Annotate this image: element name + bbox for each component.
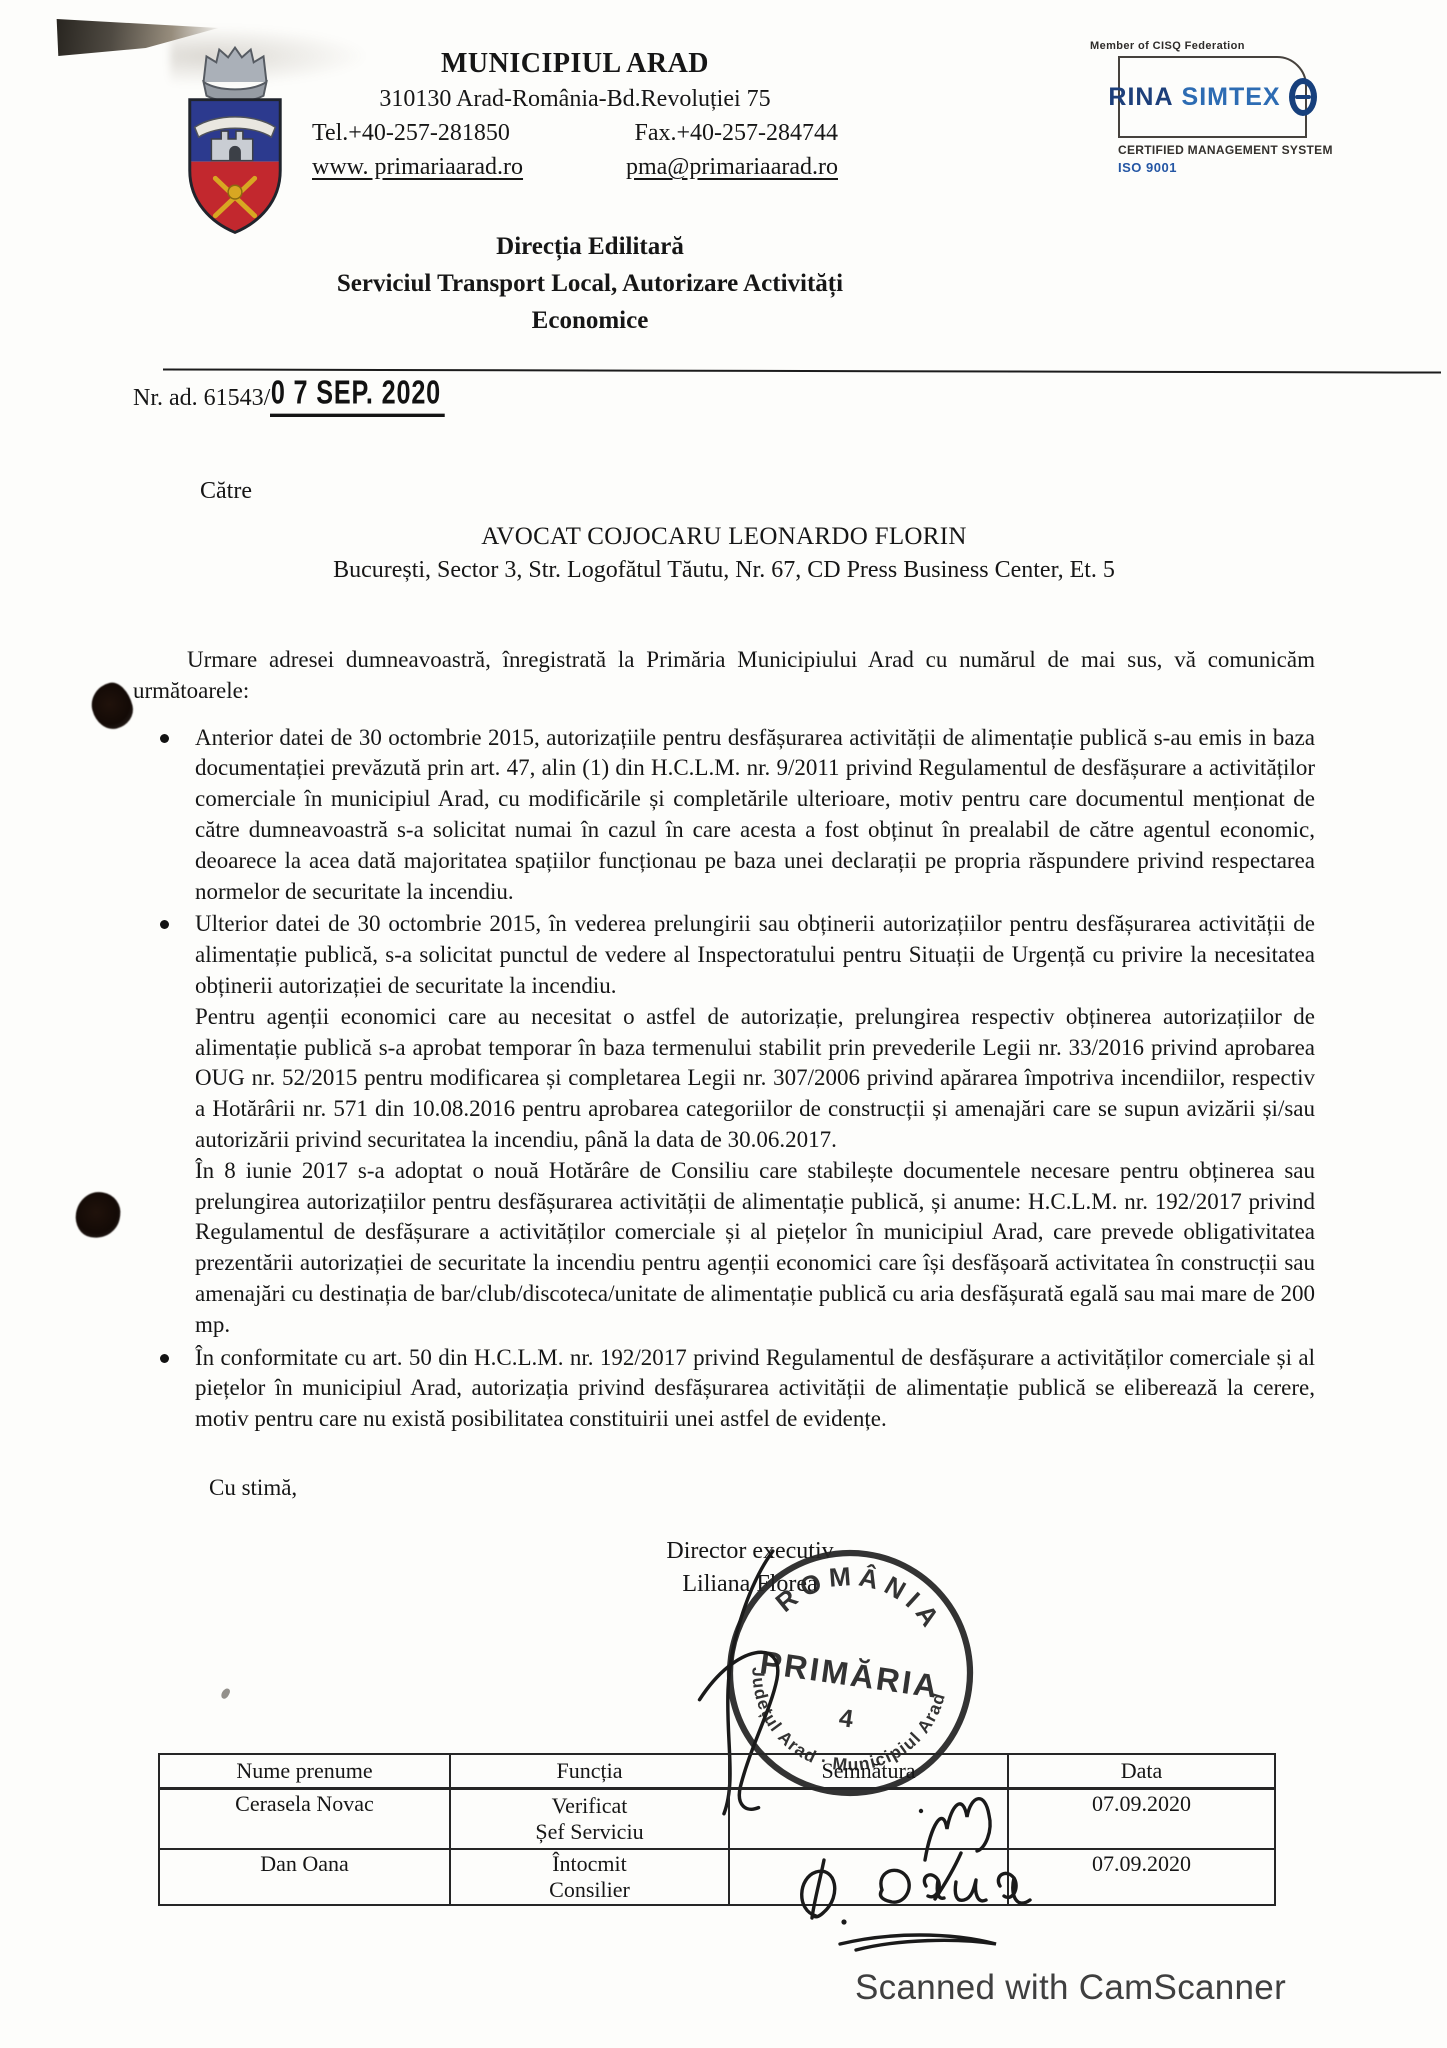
camscanner-watermark: Scanned with CamScanner	[855, 1968, 1286, 2008]
certification-mark: Member of CISQ Federation RINA SIMTEX CE…	[1090, 40, 1365, 175]
recipient-name: AVOCAT COJOCARU LEONARDO FLORIN	[100, 523, 1348, 551]
bullet-paragraph: În conformitate cu art. 50 din H.C.L.M. …	[195, 1343, 1315, 1435]
iso-9001-text: ISO 9001	[1118, 160, 1365, 175]
table-header-row: Nume prenume Funcția Semnătura Data	[159, 1754, 1275, 1789]
reference-label: Nr. ad. 61543/	[133, 385, 270, 411]
rina-brand-text: RINA	[1108, 83, 1173, 112]
cell-name: Cerasela Novac	[159, 1789, 450, 1850]
certified-system-text: CERTIFIED MANAGEMENT SYSTEM	[1118, 143, 1365, 157]
author-signature	[778, 1838, 1046, 1963]
reference-number-line: Nr. ad. 61543/0 7 SEP. 2020	[133, 379, 478, 417]
cell-role: Verificat Șef Serviciu	[450, 1789, 729, 1850]
bullet-item: Ulterior datei de 30 octombrie 2015, în …	[133, 909, 1315, 1340]
bullet-icon	[160, 1354, 169, 1363]
org-telephone: Tel.+40-257-281850	[312, 120, 510, 147]
bullet-paragraph: Ulterior datei de 30 octombrie 2015, în …	[195, 909, 1315, 1001]
body-bullet-list: Anterior datei de 30 octombrie 2015, aut…	[133, 723, 1315, 1435]
simtex-circle-icon	[1289, 78, 1317, 116]
recipient-block: AVOCAT COJOCARU LEONARDO FLORIN Bucureșt…	[100, 523, 1348, 584]
org-website-link: www. primariaarad.ro	[312, 154, 523, 181]
letterhead: MUNICIPIUL ARAD 310130 Arad-România-Bd.R…	[310, 48, 840, 181]
rina-simtex-logo: RINA SIMTEX	[1118, 56, 1307, 138]
org-name: MUNICIPIUL ARAD	[310, 48, 840, 80]
department-line1: Direcția Edilitară	[290, 228, 890, 265]
ink-speck	[220, 1687, 231, 1700]
col-header-role: Funcția	[450, 1754, 729, 1789]
role-line: Verificat	[453, 1793, 726, 1819]
horizontal-rule	[163, 368, 1441, 373]
role-line: Șef Serviciu	[453, 1819, 726, 1845]
department-line2: Serviciul Transport Local, Autorizare Ac…	[290, 265, 890, 302]
org-fax: Fax.+40-257-284744	[634, 120, 838, 147]
bullet-paragraph: Pentru agenții economici care au necesit…	[195, 1002, 1315, 1156]
cell-name: Dan Oana	[159, 1849, 450, 1905]
bullet-paragraph: În 8 iunie 2017 s-a adoptat o nouă Hotăr…	[195, 1156, 1315, 1341]
bullet-icon	[160, 734, 169, 743]
col-header-name: Nume prenume	[159, 1754, 450, 1789]
ink-blot-top	[87, 679, 137, 733]
table-row: Dan Oana Întocmit Consilier 07.09.2020	[159, 1849, 1275, 1905]
role-line: Întocmit	[453, 1851, 726, 1877]
role-line: Consilier	[453, 1877, 726, 1903]
department-line3: Economice	[290, 302, 890, 339]
bullet-icon	[160, 920, 169, 929]
ink-blot-bottom	[73, 1189, 124, 1241]
department-heading: Direcția Edilitară Serviciul Transport L…	[290, 228, 890, 339]
arad-coat-of-arms	[176, 42, 294, 240]
simtex-brand-text: SIMTEX	[1182, 83, 1281, 112]
cell-role: Întocmit Consilier	[450, 1849, 729, 1905]
closing-salutation: Cu stimă,	[209, 1473, 1315, 1504]
registry-date-stamp: 0 7 SEP. 2020	[270, 374, 444, 417]
table-row: Cerasela Novac Verificat Șef Serviciu 07…	[159, 1789, 1275, 1850]
org-email-link: pma@primariaarad.ro	[626, 154, 838, 181]
intro-paragraph: Urmare adresei dumneavoastră, înregistra…	[133, 645, 1315, 707]
recipient-address: București, Sector 3, Str. Logofătul Tăut…	[100, 557, 1348, 584]
scanned-letter-page: { "header": { "org_name": "MUNICIPIUL AR…	[0, 0, 1447, 2048]
bullet-paragraph: Anterior datei de 30 octombrie 2015, aut…	[195, 723, 1315, 908]
letter-body: Urmare adresei dumneavoastră, înregistra…	[133, 645, 1315, 1504]
approval-table: Nume prenume Funcția Semnătura Data Cera…	[158, 1753, 1276, 1906]
org-address: 310130 Arad-România-Bd.Revoluției 75	[310, 86, 840, 113]
cisq-member-text: Member of CISQ Federation	[1090, 40, 1365, 52]
bullet-item: Anterior datei de 30 octombrie 2015, aut…	[133, 723, 1315, 908]
salutation: Către	[200, 478, 252, 505]
bullet-item: În conformitate cu art. 50 din H.C.L.M. …	[133, 1343, 1315, 1435]
